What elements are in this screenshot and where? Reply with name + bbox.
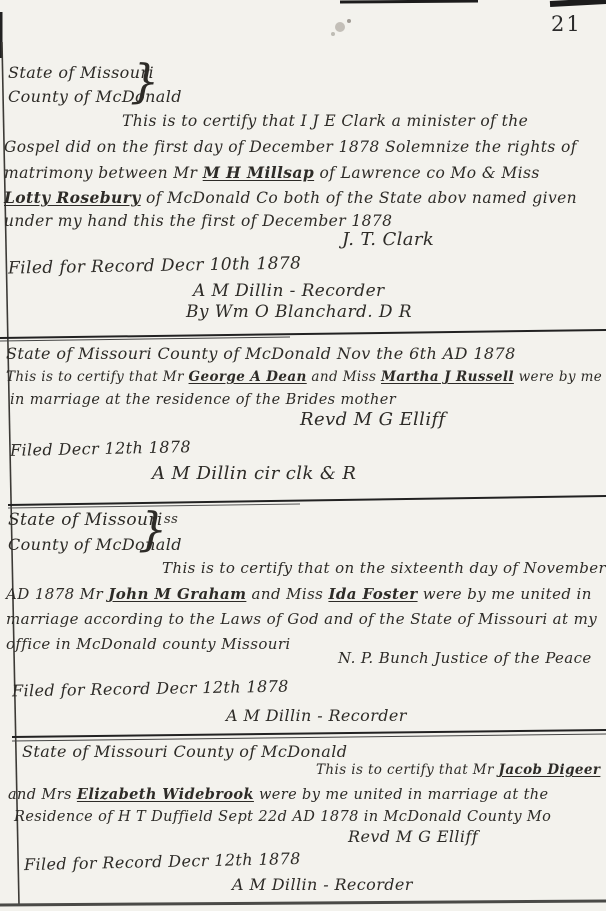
record-heading: State of Missouri County of McDonald Nov… (6, 345, 516, 363)
heading-brace: } (130, 58, 159, 104)
scan-smudge-dot (347, 19, 351, 23)
body-text: of McDonald Co both of the State abov na… (141, 189, 577, 207)
filed-note: Filed for Record Decr 12th 1878 (12, 678, 289, 700)
officiant-signature: Revd M G Elliff (300, 410, 446, 430)
body-line: office in McDonald county Missouri (6, 636, 291, 653)
record-separator-1-double (0, 337, 290, 341)
record-separator-3 (12, 730, 606, 737)
body-line: and Mrs Elizabeth Widebrook were by me u… (8, 787, 549, 804)
bride-name: Martha J Russell (381, 369, 514, 385)
record-heading: State of Missouri County of McDonald (22, 743, 347, 761)
body-line: under my hand this the first of December… (4, 213, 392, 230)
record-separator-2 (8, 496, 606, 505)
body-text: were by me united (514, 369, 606, 385)
deputy-signature: By Wm O Blanchard. D R (186, 303, 412, 322)
officiant-signature: N. P. Bunch Justice of the Peace (338, 650, 592, 667)
body-text: and Miss (307, 369, 381, 385)
body-text: of Lawrence co Mo & Miss (314, 164, 540, 182)
body-line: matrimony between Mr M H Millsap of Lawr… (4, 164, 540, 182)
recorder-signature: A M Dillin cir clk & R (152, 464, 356, 484)
filed-note: Filed for Record Decr 10th 1878 (8, 254, 302, 278)
body-text: This is to certify that Mr (6, 369, 189, 385)
body-line: marriage according to the Laws of God an… (6, 611, 597, 628)
filed-note: Filed for Record Decr 12th 1878 (24, 850, 301, 874)
groom-name: George A Dean (189, 369, 307, 385)
body-text: were by me united in (418, 585, 592, 603)
body-line: AD 1878 Mr John M Graham and Miss Ida Fo… (6, 586, 592, 603)
record-separator-1 (0, 330, 606, 338)
ss-abbreviation: ss (164, 513, 178, 527)
body-text: were by me united in marriage at the (254, 787, 549, 803)
body-text: and Miss (246, 585, 328, 603)
groom-name: M H Millsap (203, 163, 314, 182)
body-line: in marriage at the residence of the Brid… (10, 393, 396, 409)
body-text: This is to certify that Mr (316, 762, 499, 778)
recorder-signature: A M Dillin - Recorder (232, 876, 413, 894)
recorder-signature: A M Dillin - Recorder (193, 282, 385, 301)
body-text: matrimony between Mr (4, 164, 203, 182)
scan-smudge (335, 22, 345, 32)
groom-name: Jacob Digeer (499, 762, 601, 778)
body-line: Residence of H T Duffield Sept 22d AD 18… (14, 810, 551, 826)
body-line: This is to certify that Mr George A Dean… (6, 370, 606, 385)
body-text: AD 1878 Mr (6, 585, 108, 603)
page-number: 21 (551, 12, 582, 36)
officiant-signature: J. T. Clark (342, 230, 434, 250)
body-line: Lotty Rosebury of McDonald Co both of th… (4, 189, 577, 207)
officiant-signature: Revd M G Elliff (348, 828, 478, 846)
scan-artifact-top-mark (340, 1, 478, 2)
bottom-edge-line (0, 901, 606, 905)
heading-brace: } (138, 506, 167, 552)
scan-smudge-dot (331, 32, 335, 36)
body-line: This is to certify that on the sixteenth… (162, 560, 606, 577)
filed-note: Filed Decr 12th 1878 (10, 438, 191, 459)
record-separator-3-double (12, 734, 606, 741)
body-line: Gospel did on the first day of December … (4, 139, 577, 156)
groom-name: John M Graham (108, 585, 246, 603)
body-line: This is to certify that I J E Clark a mi… (122, 113, 528, 130)
bride-name: Elizabeth Widebrook (77, 786, 254, 803)
scan-artifact-top-right-mark (550, 1, 606, 4)
body-line: This is to certify that Mr Jacob Digeer (316, 763, 600, 778)
bride-name: Lotty Rosebury (4, 188, 141, 207)
recorder-signature: A M Dillin - Recorder (226, 707, 407, 725)
bride-name: Ida Foster (328, 585, 417, 603)
body-text: and Mrs (8, 787, 77, 803)
scanned-marriage-record-page: 21 State of Missouri County of McDonald … (0, 0, 606, 911)
